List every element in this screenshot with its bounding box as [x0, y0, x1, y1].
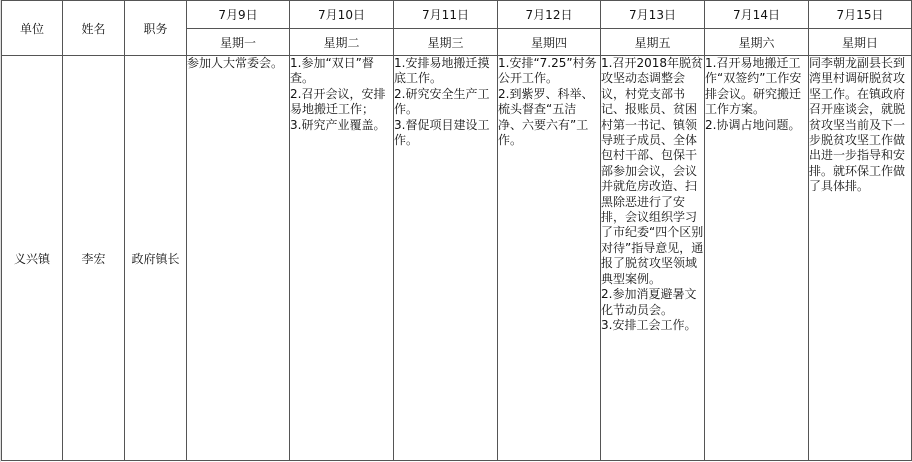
header-date: 7月15日 [809, 1, 912, 29]
header-date: 7月12日 [498, 1, 601, 29]
header-weekday: 星期四 [498, 29, 601, 56]
header-position: 职务 [125, 1, 187, 56]
activity-line: 1.召开易地搬迁工作“双签约”工作安排会议。研究搬迁工作方案。 [705, 56, 808, 118]
header-weekday: 星期一 [187, 29, 290, 56]
activity-line: 1.召开2018年脱贫攻坚动态调整会议，村党支部书记、报账员、贫困村第一书记、镇… [601, 56, 704, 287]
activity-line: 1.安排“7.25”村务公开工作。 [498, 56, 600, 87]
cell-day-fri: 1.召开2018年脱贫攻坚动态调整会议，村党支部书记、报账员、贫困村第一书记、镇… [601, 56, 705, 461]
cell-unit: 义兴镇 [2, 56, 63, 461]
header-date: 7月10日 [290, 1, 394, 29]
activity-line: 1.参加“双日”督查。 [290, 56, 393, 87]
table-row: 义兴镇 李宏 政府镇长 参加人大常委会。 1.参加“双日”督查。 2.召开会议，… [2, 56, 912, 461]
activity-line: 2.研究安全生产工作。 [394, 87, 497, 118]
activity-line: 2.协调占地问题。 [705, 118, 808, 133]
header-weekday: 星期五 [601, 29, 705, 56]
header-weekday: 星期三 [394, 29, 498, 56]
activity-line: 1.安排易地搬迁摸底工作。 [394, 56, 497, 87]
activity-line: 3.研究产业覆盖。 [290, 118, 393, 133]
header-date: 7月13日 [601, 1, 705, 29]
header-date: 7月14日 [705, 1, 809, 29]
header-unit: 单位 [2, 1, 63, 56]
cell-name: 李宏 [63, 56, 125, 461]
header-weekday: 星期二 [290, 29, 394, 56]
activity-line: 3.督促项目建设工作。 [394, 118, 497, 149]
header-weekday: 星期六 [705, 29, 809, 56]
activity-line: 参加人大常委会。 [187, 56, 289, 71]
activity-line: 2.到紫罗、科举、梳头督查“五洁净、六要六有”工作。 [498, 87, 600, 149]
activity-line: 2.参加消夏避暑文化节动员会。 [601, 287, 704, 318]
header-date: 7月9日 [187, 1, 290, 29]
schedule-table: 单位 姓名 职务 7月9日 7月10日 7月11日 7月12日 7月13日 7月… [1, 0, 912, 461]
cell-day-sun: 同李朝龙副县长到湾里村调研脱贫攻坚工作。在镇政府召开座谈会，就脱贫攻坚当前及下一… [809, 56, 912, 461]
cell-day-thu: 1.安排“7.25”村务公开工作。 2.到紫罗、科举、梳头督查“五洁净、六要六有… [498, 56, 601, 461]
header-row-dates: 单位 姓名 职务 7月9日 7月10日 7月11日 7月12日 7月13日 7月… [2, 1, 912, 29]
header-date: 7月11日 [394, 1, 498, 29]
activity-line: 同李朝龙副县长到湾里村调研脱贫攻坚工作。在镇政府召开座谈会，就脱贫攻坚当前及下一… [809, 56, 911, 195]
header-name: 姓名 [63, 1, 125, 56]
cell-day-sat: 1.召开易地搬迁工作“双签约”工作安排会议。研究搬迁工作方案。 2.协调占地问题… [705, 56, 809, 461]
cell-day-tue: 1.参加“双日”督查。 2.召开会议，安排易地搬迁工作； 3.研究产业覆盖。 [290, 56, 394, 461]
cell-position: 政府镇长 [125, 56, 187, 461]
activity-line: 3.安排工会工作。 [601, 318, 704, 333]
cell-day-mon: 参加人大常委会。 [187, 56, 290, 461]
header-weekday: 星期日 [809, 29, 912, 56]
activity-line: 2.召开会议，安排易地搬迁工作； [290, 87, 393, 118]
cell-day-wed: 1.安排易地搬迁摸底工作。 2.研究安全生产工作。 3.督促项目建设工作。 [394, 56, 498, 461]
